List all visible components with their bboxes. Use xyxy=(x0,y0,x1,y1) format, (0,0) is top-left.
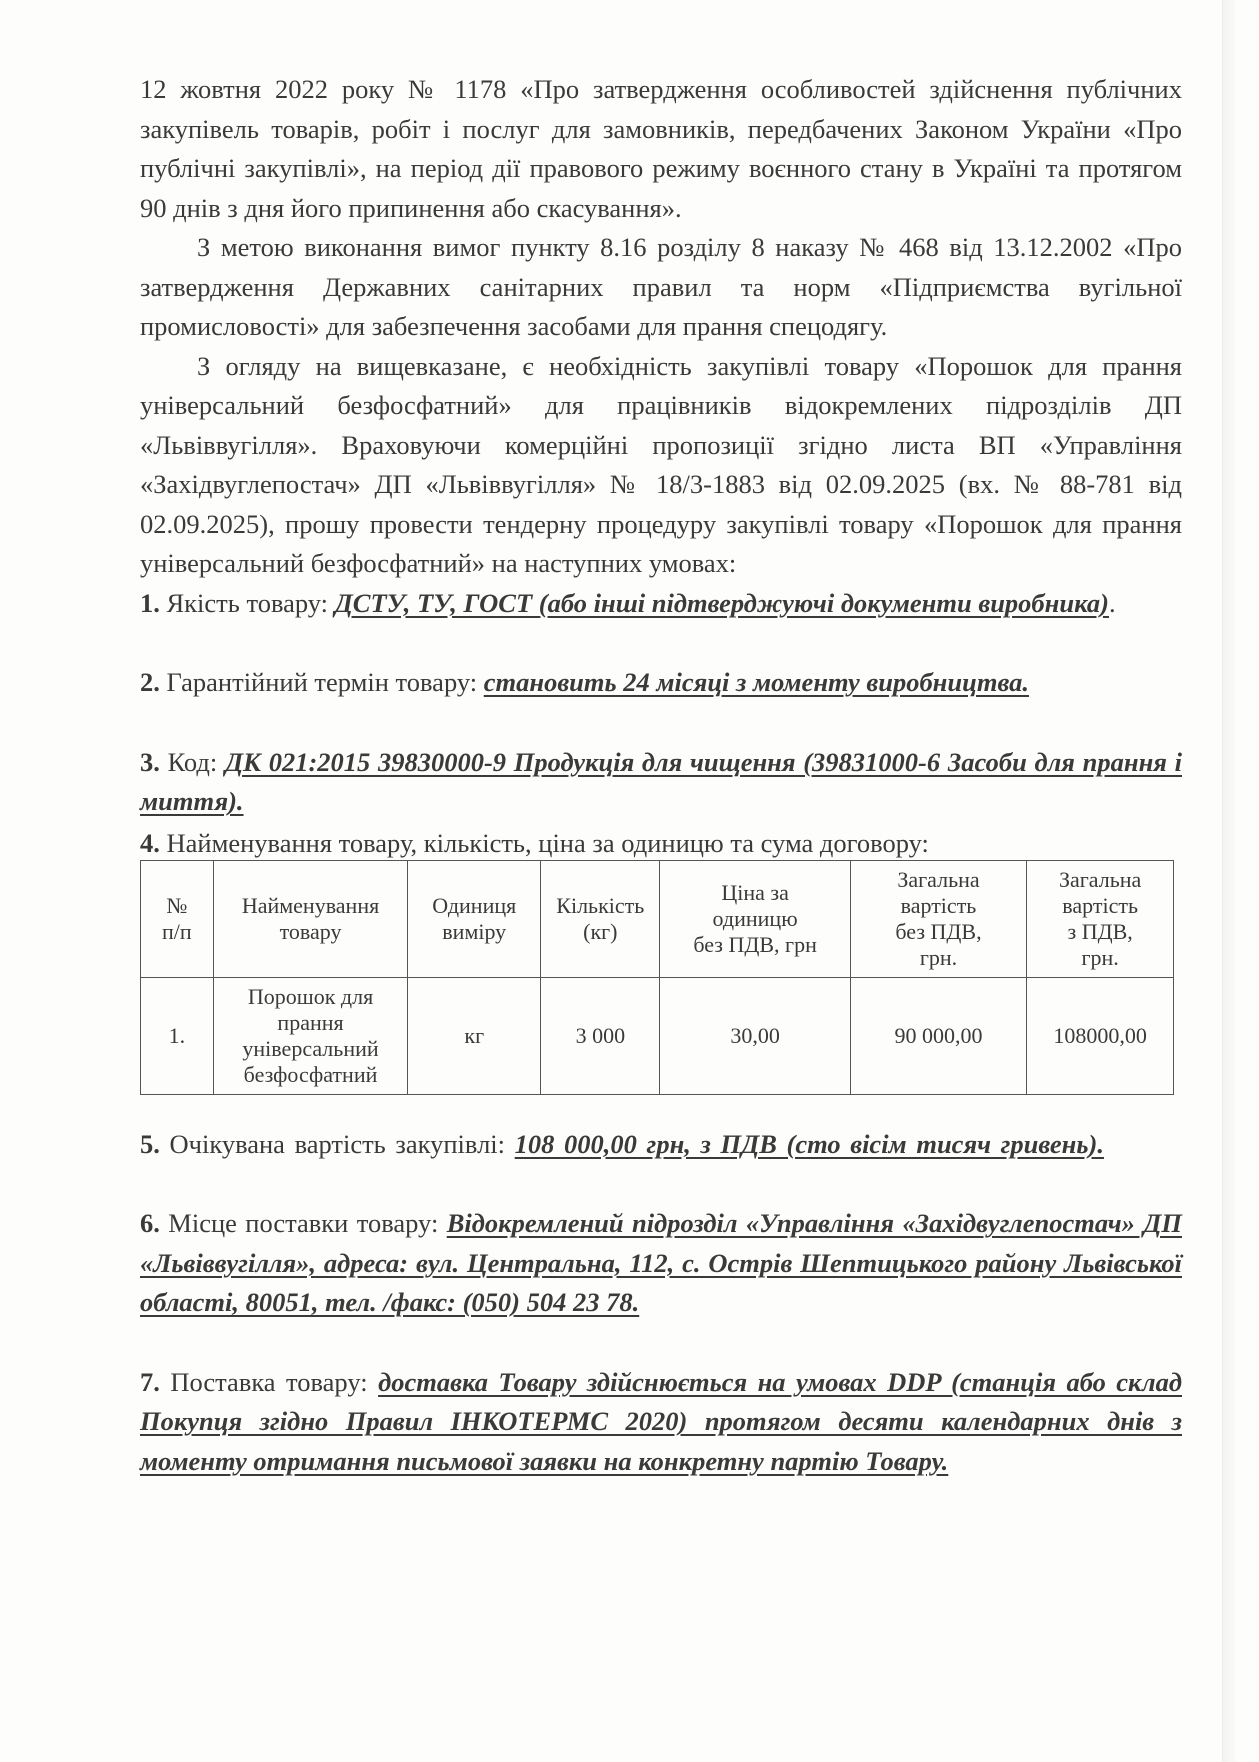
item-number: 4. xyxy=(140,828,160,858)
item-label: Код: xyxy=(168,747,218,777)
item-value: ДК 021:2015 39830000-9 Продукція для чищ… xyxy=(140,747,1182,817)
header-unit: Одиниця виміру xyxy=(408,860,541,977)
goods-table: № п/п Найменування товару Одиниця виміру… xyxy=(140,860,1174,1095)
header-total-no-vat: Загальна вартість без ПДВ, грн. xyxy=(850,860,1027,977)
item-number: 2. xyxy=(140,667,160,697)
item-label: Якість товару: xyxy=(167,588,329,618)
intro-paragraph-2: З метою виконання вимог пункту 8.16 розд… xyxy=(140,228,1182,347)
item-number: 7. xyxy=(140,1367,160,1397)
cell-quantity: 3 000 xyxy=(541,977,660,1094)
item-value: 108 000,00 грн, з ПДВ (сто вісім тисяч г… xyxy=(515,1129,1104,1159)
condition-item-7: 7. Поставка товару: доставка Товару здій… xyxy=(140,1363,1182,1482)
cell-total-with-vat: 108000,00 xyxy=(1027,977,1174,1094)
page-edge-shadow xyxy=(1222,0,1235,1762)
condition-item-6: 6. Місце поставки товару: Відокремлений … xyxy=(140,1204,1182,1323)
item-label: Найменування товару, кількість, ціна за … xyxy=(167,828,929,858)
table-row: 1. Порошок для прання універсальний безф… xyxy=(141,977,1174,1094)
document-body: 12 жовтня 2022 року № 1178 «Про затвердж… xyxy=(140,70,1182,1481)
item-label: Гарантійний термін товару: xyxy=(167,667,478,697)
cell-product-name: Порошок для прання універсальний безфосф… xyxy=(213,977,408,1094)
item-label: Місце поставки товару: xyxy=(168,1208,438,1238)
item-number: 5. xyxy=(140,1129,160,1159)
condition-item-2: 2. Гарантійний термін товару: становить … xyxy=(140,663,1182,703)
table-header-row: № п/п Найменування товару Одиниця виміру… xyxy=(141,860,1174,977)
header-product-name: Найменування товару xyxy=(213,860,408,977)
item-number: 1. xyxy=(140,588,160,618)
item-value: становить 24 місяці з моменту виробництв… xyxy=(484,667,1029,697)
condition-item-3: 3. Код: ДК 021:2015 39830000-9 Продукція… xyxy=(140,743,1182,822)
condition-item-5: 5. Очікувана вартість закупівлі: 108 000… xyxy=(140,1125,1182,1165)
header-quantity: Кількість (кг) xyxy=(541,860,660,977)
cell-total-no-vat: 90 000,00 xyxy=(850,977,1027,1094)
intro-paragraph-3: З огляду на вищевказане, є необхідність … xyxy=(140,347,1182,584)
item-label: Очікувана вартість закупівлі: xyxy=(170,1129,506,1159)
cell-unit: кг xyxy=(408,977,541,1094)
item-tail: . xyxy=(1109,588,1116,618)
item-label: Поставка товару: xyxy=(170,1367,367,1397)
item-number: 3. xyxy=(140,747,160,777)
intro-paragraph-1: 12 жовтня 2022 року № 1178 «Про затвердж… xyxy=(140,70,1182,228)
item-number: 6. xyxy=(140,1208,160,1238)
cell-unit-price: 30,00 xyxy=(660,977,850,1094)
header-number: № п/п xyxy=(141,860,214,977)
condition-item-4: 4. Найменування товару, кількість, ціна … xyxy=(140,828,1182,858)
condition-item-1: 1. Якість товару: ДСТУ, ТУ, ГОСТ (або ін… xyxy=(140,584,1182,624)
item-value: ДСТУ, ТУ, ГОСТ (або інші підтверджуючі д… xyxy=(335,588,1109,618)
header-total-with-vat: Загальна вартість з ПДВ, грн. xyxy=(1027,860,1174,977)
header-unit-price: Ціна за одиницю без ПДВ, грн xyxy=(660,860,850,977)
cell-number: 1. xyxy=(141,977,214,1094)
